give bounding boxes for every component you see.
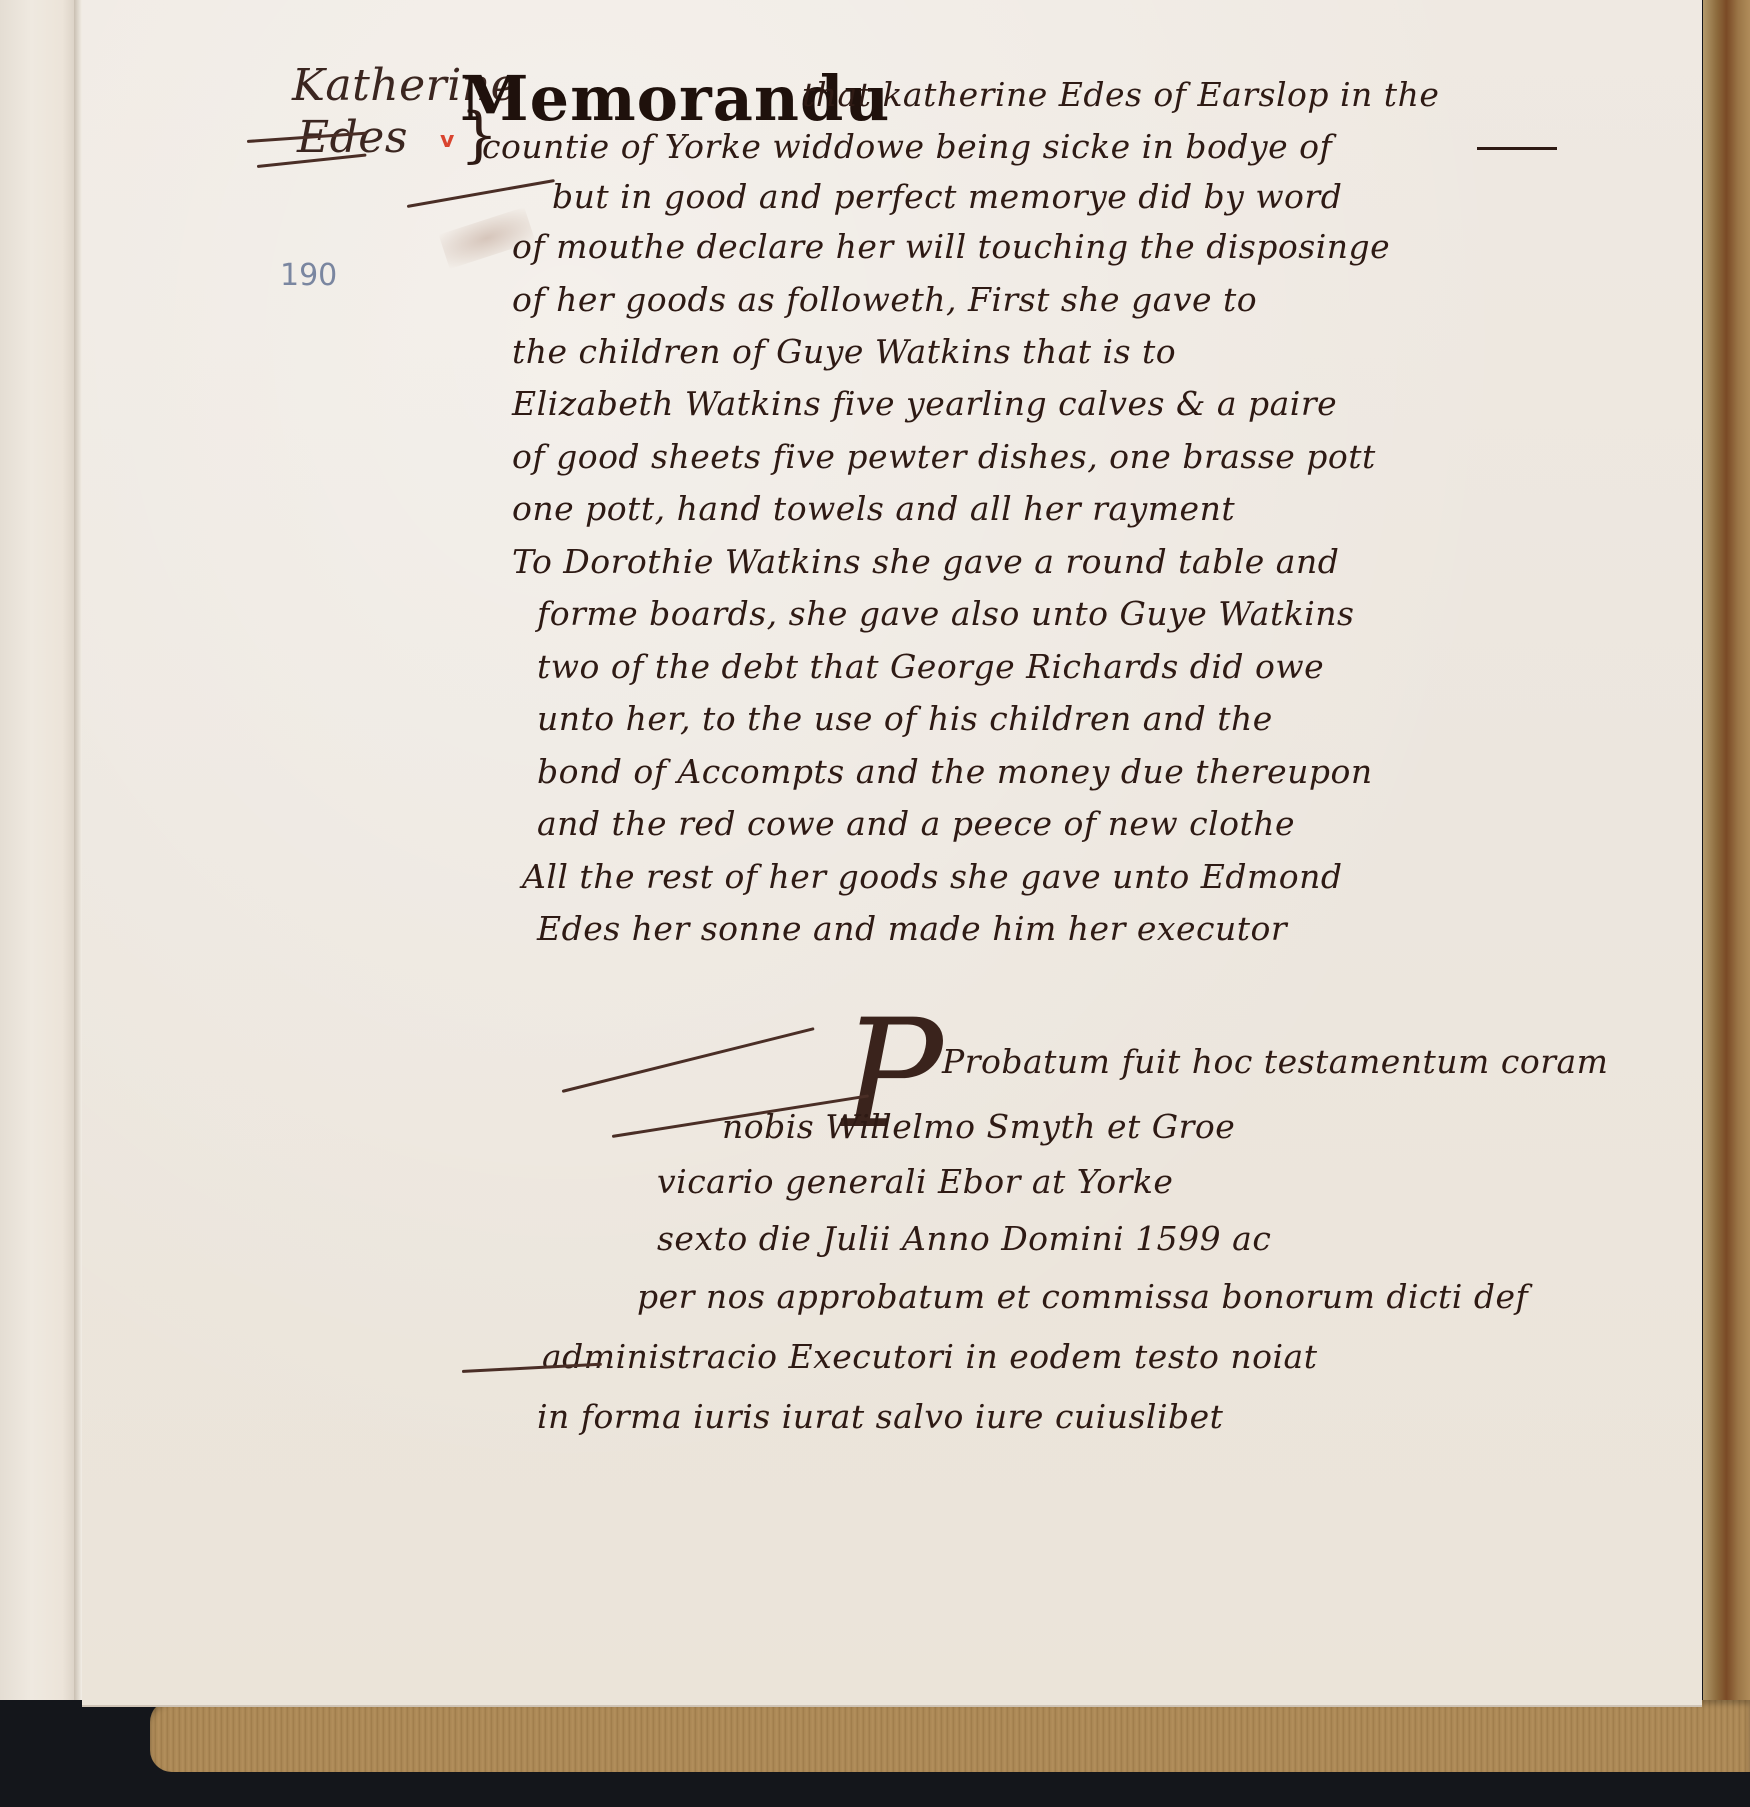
body-line-13: unto her, to the use of his children and… bbox=[537, 702, 1273, 735]
body-line-9: one pott, hand towels and all her raymen… bbox=[512, 492, 1235, 525]
body-line-6: the children of Guye Watkins that is to bbox=[512, 335, 1176, 368]
folio-number: 190 bbox=[280, 258, 337, 293]
probate-line-4: sexto die Julii Anno Domini 1599 ac bbox=[657, 1222, 1271, 1255]
probate-line-2: nobis Willelmo Smyth et Groe bbox=[722, 1110, 1235, 1143]
book-cover-edge-bottom bbox=[150, 1700, 1750, 1772]
manuscript-photo: Katherine Edes v } 190 Memorandu that ka… bbox=[0, 0, 1750, 1807]
probate-flourish bbox=[562, 1027, 815, 1093]
body-line-17: Edes her sonne and made him her executor bbox=[537, 912, 1287, 945]
book-cover-edge-right bbox=[1703, 0, 1750, 1772]
body-line-2: countie of Yorke widdowe being sicke in … bbox=[482, 130, 1332, 163]
body-line-7: Elizabeth Watkins five yearling calves &… bbox=[512, 387, 1337, 420]
strikethrough bbox=[1477, 147, 1557, 150]
probate-line-5: per nos approbatum et commissa bonorum d… bbox=[637, 1280, 1528, 1313]
body-line-10: To Dorothie Watkins she gave a round tab… bbox=[512, 545, 1339, 578]
manuscript-page: Katherine Edes v } 190 Memorandu that ka… bbox=[82, 0, 1702, 1707]
body-line-12: two of the debt that George Richards did… bbox=[537, 650, 1324, 683]
left-facing-page bbox=[0, 0, 78, 1700]
body-line-3: but in good and perfect memorye did by w… bbox=[552, 180, 1342, 213]
line-filler-flourish bbox=[407, 179, 555, 208]
body-line-11: forme boards, she gave also unto Guye Wa… bbox=[537, 597, 1354, 630]
probate-line-3: vicario generali Ebor at Yorke bbox=[657, 1165, 1173, 1198]
body-line-16: All the rest of her goods she gave unto … bbox=[522, 860, 1343, 893]
body-line-1: that katherine Edes of Earslop in the bbox=[802, 78, 1439, 111]
probate-line-6: administracio Executori in eodem testo n… bbox=[542, 1340, 1318, 1373]
probate-line-1: Probatum fuit hoc testamentum coram bbox=[942, 1045, 1608, 1078]
body-line-4: of mouthe declare her will touching the … bbox=[512, 230, 1390, 263]
body-line-5: of her goods as followeth, First she gav… bbox=[512, 283, 1257, 316]
body-line-15: and the red cowe and a peece of new clot… bbox=[537, 807, 1295, 840]
body-line-14: bond of Accompts and the money due there… bbox=[537, 755, 1373, 788]
body-line-8: of good sheets five pewter dishes, one b… bbox=[512, 440, 1376, 473]
probate-line-7: in forma iuris iurat salvo iure cuiuslib… bbox=[537, 1400, 1223, 1433]
red-tick-mark: v bbox=[440, 128, 454, 153]
book-gutter bbox=[74, 0, 82, 1700]
